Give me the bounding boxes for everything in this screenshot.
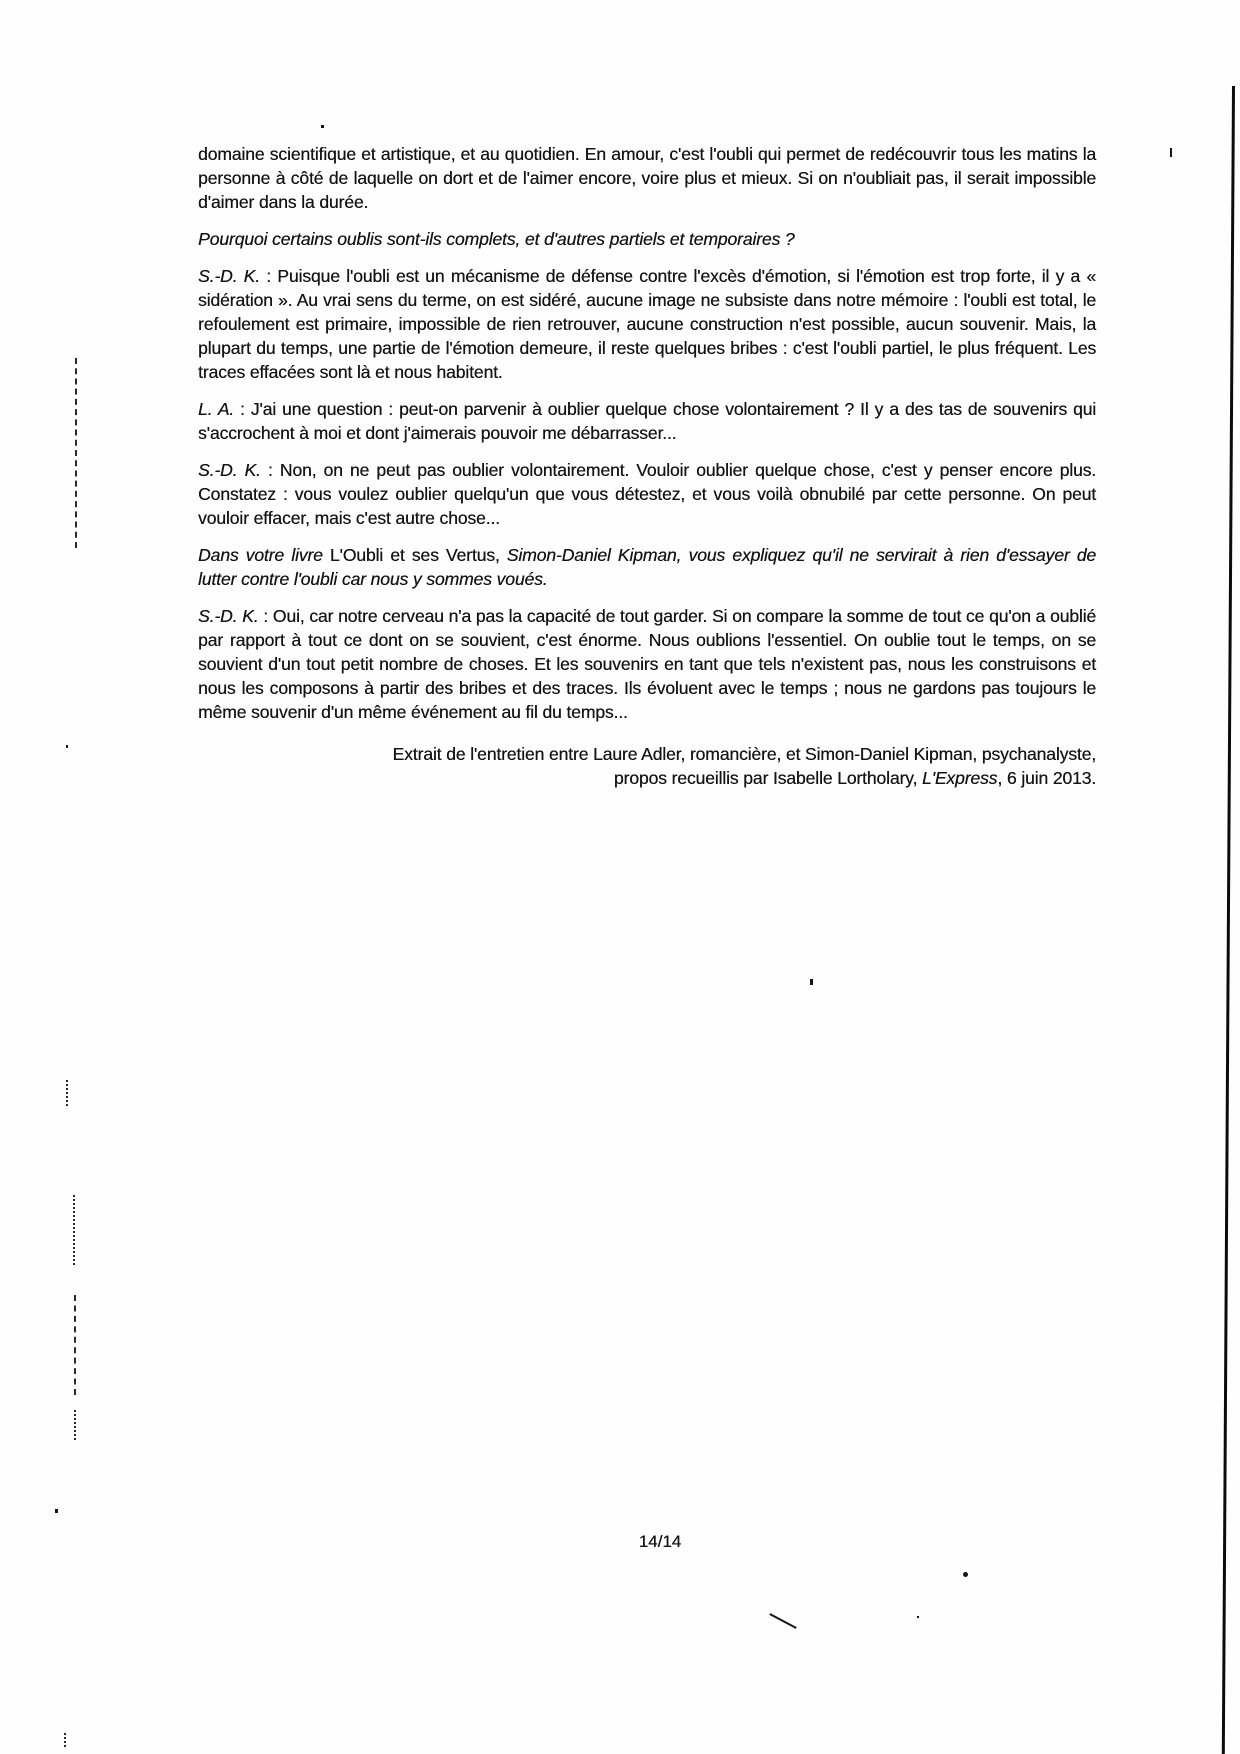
speech-text: : Oui, car notre cerveau n'a pas la capa… <box>198 606 1096 722</box>
answer-sdk-1: S.-D. K. : Puisque l'oubli est un mécani… <box>198 264 1096 384</box>
question-la: L. A. : J'ai une question : peut-on parv… <box>198 397 1096 445</box>
scan-artifact <box>73 1195 75 1265</box>
scan-artifact <box>917 1616 919 1618</box>
scan-artifact <box>74 1295 76 1395</box>
scan-edge-line <box>1222 86 1235 1754</box>
speaker-label-sdk: S.-D. K. <box>198 606 258 626</box>
scan-artifact <box>66 745 68 748</box>
scan-artifact <box>74 1410 76 1440</box>
page-number: 14/14 <box>600 1532 720 1552</box>
interviewer-question-1: Pourquoi certains oublis sont-ils comple… <box>198 227 1096 251</box>
scan-artifact <box>810 979 813 985</box>
interviewer-question-2: Dans votre livre L'Oubli et ses Vertus, … <box>198 543 1096 591</box>
attribution-date: , 6 juin 2013. <box>997 768 1096 788</box>
answer-sdk-3: S.-D. K. : Oui, car notre cerveau n'a pa… <box>198 604 1096 724</box>
scan-artifact <box>769 1613 796 1629</box>
answer-sdk-2: S.-D. K. : Non, on ne peut pas oublier v… <box>198 458 1096 530</box>
scan-artifact <box>75 358 77 548</box>
scan-artifact <box>66 1080 68 1106</box>
question-lead: Dans votre livre <box>198 545 330 565</box>
attribution-lead: propos recueillis par Isabelle Lortholar… <box>614 768 922 788</box>
scan-artifact <box>64 1733 66 1747</box>
speaker-label-sdk: S.-D. K. <box>198 460 261 480</box>
paragraph-continuation: domaine scientifique et artistique, et a… <box>198 142 1096 214</box>
document-body: domaine scientifique et artistique, et a… <box>198 142 1096 790</box>
attribution-block: Extrait de l'entretien entre Laure Adler… <box>198 742 1096 790</box>
speech-text: : Non, on ne peut pas oublier volontaire… <box>198 460 1096 528</box>
speech-text: : J'ai une question : peut-on parvenir à… <box>198 399 1096 443</box>
speaker-label-la: L. A. <box>198 399 234 419</box>
scan-artifact <box>321 125 324 128</box>
scan-artifact <box>963 1572 968 1577</box>
scan-artifact <box>55 1509 58 1513</box>
attribution-line-1: Extrait de l'entretien entre Laure Adler… <box>198 742 1096 766</box>
book-title: L'Oubli et ses Vertus, <box>330 545 507 565</box>
magazine-title: L'Express <box>922 768 997 788</box>
speaker-label-sdk: S.-D. K. <box>198 266 260 286</box>
scanned-document-page: domaine scientifique et artistique, et a… <box>0 0 1240 1754</box>
attribution-line-2: propos recueillis par Isabelle Lortholar… <box>198 766 1096 790</box>
scan-artifact <box>1170 148 1172 157</box>
speech-text: : Puisque l'oubli est un mécanisme de dé… <box>198 266 1096 382</box>
